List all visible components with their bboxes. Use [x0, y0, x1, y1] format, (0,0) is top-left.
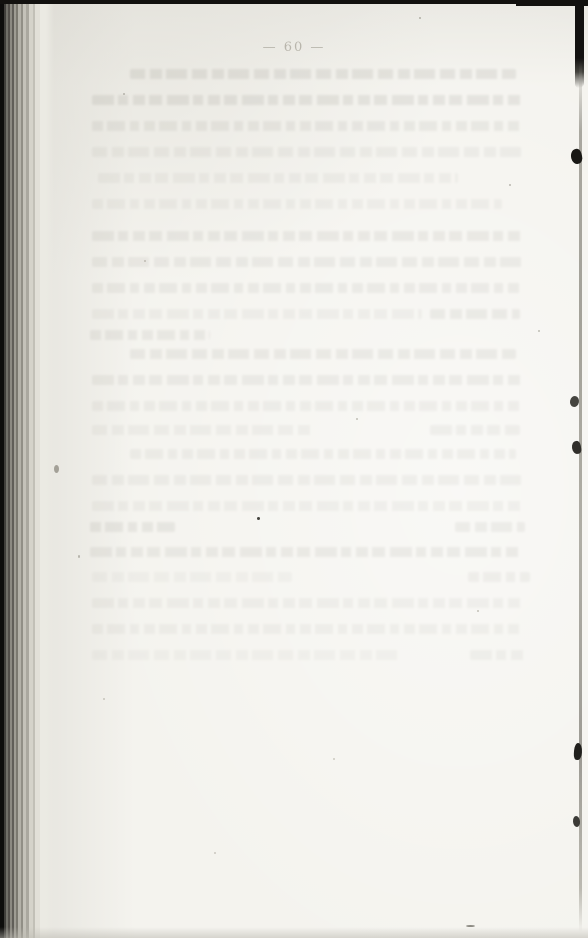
paper-speck [103, 698, 105, 700]
paper-speck [419, 17, 421, 19]
paper-speck [257, 517, 260, 520]
paper-speck [78, 555, 80, 558]
faded-text-line [90, 547, 522, 557]
faded-text-line [470, 650, 525, 660]
faded-text-line [92, 650, 402, 660]
faded-text-line [92, 283, 522, 293]
faded-text-line [90, 522, 175, 532]
faded-text-line [92, 401, 522, 411]
faded-text-line [92, 147, 522, 157]
faded-text-line [92, 375, 522, 385]
paper-speck [356, 418, 358, 420]
faded-text-line [92, 598, 522, 608]
faded-text-line [130, 449, 516, 459]
book-binding-gutter [0, 0, 54, 938]
faded-text-line [130, 349, 516, 359]
scanned-book-page: — 60 — [0, 0, 588, 938]
faded-text-line [92, 425, 312, 435]
faded-text-line [92, 121, 522, 131]
faded-text-line [92, 624, 522, 634]
paper-speck [333, 758, 335, 760]
page-right-edge-line [579, 62, 582, 932]
page-bottom-shadow [0, 927, 588, 938]
paper-speck [144, 260, 146, 262]
faded-text-line [455, 522, 525, 532]
faded-text-line [468, 572, 530, 582]
scan-top-edge [0, 0, 588, 4]
page-paper [0, 0, 588, 938]
faded-text-line [90, 330, 210, 340]
paper-speck [214, 852, 216, 854]
faded-text-line [92, 572, 292, 582]
faded-text-line [430, 309, 520, 319]
faded-text-line [98, 173, 458, 183]
faded-text-line [92, 95, 522, 105]
paper-speck [509, 184, 511, 186]
paper-speck [538, 330, 540, 332]
page-number: — 60 — [0, 40, 588, 55]
faded-text-line [92, 257, 522, 267]
faded-text-line [92, 475, 522, 485]
faded-text-line [92, 501, 522, 511]
paper-speck [477, 610, 479, 612]
faded-text-line [130, 69, 516, 79]
paper-speck [123, 93, 125, 95]
faded-text-line [92, 309, 422, 319]
faded-text-line [430, 425, 520, 435]
faded-text-line [92, 199, 502, 209]
paper-speck [466, 925, 475, 927]
paper-speck [54, 465, 59, 473]
faded-text-line [92, 231, 522, 241]
